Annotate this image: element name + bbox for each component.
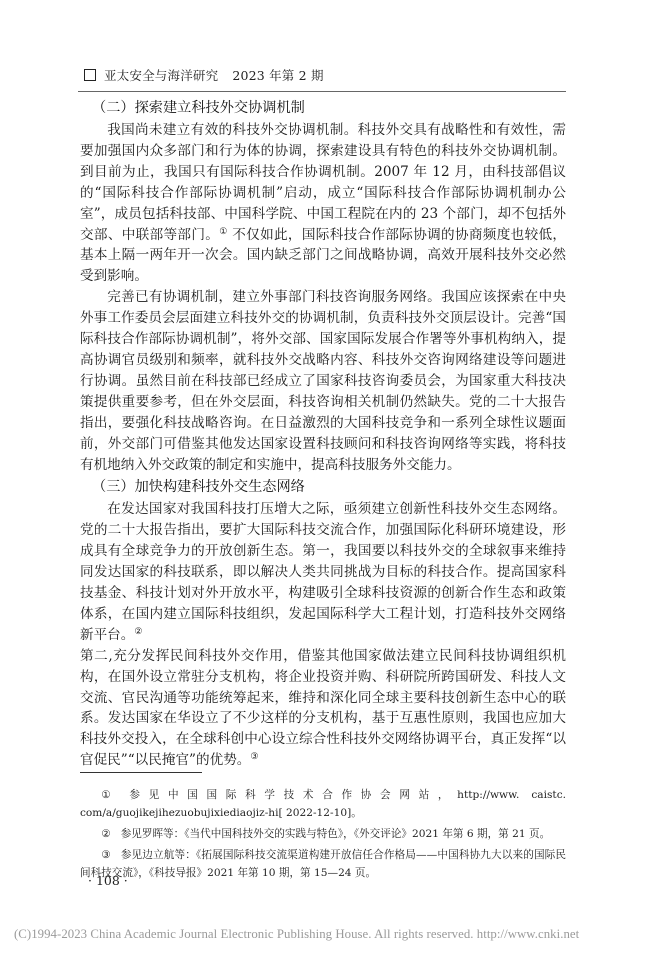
paragraph: 完善已有协调机制，建立外事部门科技咨询服务网络。我国应该探索在中央外事工作委员会… bbox=[80, 287, 566, 475]
footnote-ref[interactable]: ② bbox=[134, 627, 142, 637]
footnote-ref[interactable]: ③ bbox=[250, 752, 258, 762]
footnote-text: 参见罗晖等：《当代中国科技外交的实践与特色》，《外交评论》2021 年第 6 期… bbox=[121, 828, 551, 840]
footnote-number: ② bbox=[101, 828, 111, 840]
paragraph-text: 我国尚未建立有效的科技外交协调机制。科技外交具有战略性和有效性，需要加强国内众多… bbox=[80, 122, 566, 243]
paragraph: 我国尚未建立有效的科技外交协调机制。科技外交具有战略性和有效性，需要加强国内众多… bbox=[80, 120, 566, 287]
paragraph-text: 第二,充分发挥民间科技外交作用，借鉴其他国家做法建立民间科技协调组织机构，在国外… bbox=[80, 648, 566, 769]
square-icon bbox=[84, 69, 96, 81]
journal-title: 亚太安全与海洋研究 bbox=[104, 68, 218, 83]
footnote-number: ① bbox=[101, 789, 119, 801]
footnote-number: ③ bbox=[101, 849, 111, 861]
footnote-divider bbox=[80, 772, 202, 773]
footnote: ③参见边立航等：《拓展国际科技交流渠道构建开放信任合作格局——中国科协九大以来的… bbox=[80, 846, 566, 882]
section-heading: （三）加快构建科技外交生态网络 bbox=[80, 475, 566, 499]
issue-label: 2023 年第 2 期 bbox=[232, 68, 323, 83]
copyright-notice: (C)1994-2023 China Academic Journal Elec… bbox=[14, 927, 579, 942]
journal-page: 亚太安全与海洋研究2023 年第 2 期 （二）探索建立科技外交协调机制 我国尚… bbox=[0, 0, 646, 968]
footnote-ref[interactable]: ① bbox=[219, 227, 227, 237]
article-body: （二）探索建立科技外交协调机制 我国尚未建立有效的科技外交协调机制。科技外交具有… bbox=[80, 96, 566, 771]
footnote: ②参见罗晖等：《当代中国科技外交的实践与特色》，《外交评论》2021 年第 6 … bbox=[80, 825, 566, 843]
footnotes: ①参见中国国际科学技术合作协会网站，http://www. caistc. co… bbox=[80, 786, 566, 885]
paragraph: 在发达国家对我国科技打压增大之际，亟须建立创新性科技外交生态网络。党的二十大报告… bbox=[80, 499, 566, 771]
section-heading: （二）探索建立科技外交协调机制 bbox=[80, 96, 566, 120]
running-head: 亚太安全与海洋研究2023 年第 2 期 bbox=[84, 66, 324, 84]
footnote-text: 参见边立航等：《拓展国际科技交流渠道构建开放信任合作格局——中国科协九大以来的国… bbox=[80, 849, 566, 879]
footnote-text: 参见中国国际科学技术合作协会网站，http://www. caistc. com… bbox=[80, 789, 566, 819]
footnote: ①参见中国国际科学技术合作协会网站，http://www. caistc. co… bbox=[80, 786, 566, 822]
paragraph-text: 完善已有协调机制，建立外事部门科技咨询服务网络。我国应该探索在中央外事工作委员会… bbox=[80, 289, 566, 472]
paragraph-text: 在发达国家对我国科技打压增大之际，亟须建立创新性科技外交生态网络。党的二十大报告… bbox=[80, 501, 566, 642]
header-divider bbox=[78, 91, 566, 92]
page-number: · 108 · bbox=[88, 873, 128, 888]
